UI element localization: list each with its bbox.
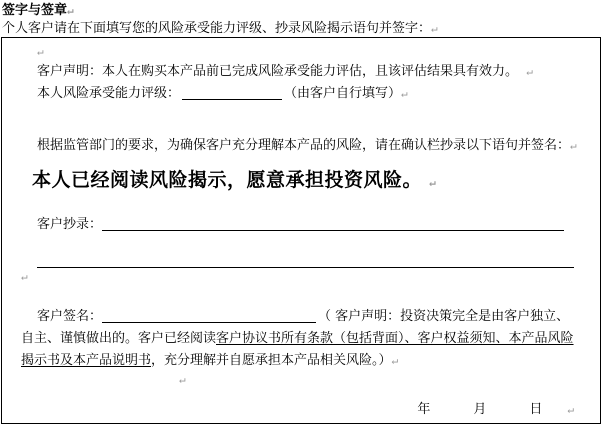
- date-year-label[interactable]: 年: [417, 402, 430, 418]
- intro-row: 个人客户请在下面填写您的风险承受能力评级、抄录风险揭示语句并签字：↵: [0, 20, 602, 38]
- date-day-label[interactable]: 日: [529, 402, 542, 418]
- paragraph-mark-icon: ↵: [37, 45, 44, 58]
- paragraph-mark-icon: ↵: [179, 373, 186, 386]
- paragraph-mark-icon: ↵: [401, 87, 408, 100]
- copy-paragraph-end: ↵: [21, 268, 574, 286]
- rating-label: 本人风险承受能力评级：: [37, 86, 180, 101]
- paragraph-mark-icon: ↵: [431, 22, 438, 35]
- customer-statement-text: 客户声明：本人在购买本产品前已完成风险承受能力评估，且该评估结果具有效力。: [37, 64, 518, 79]
- empty-paragraph: ↵: [21, 43, 574, 61]
- regulator-note-text: 根据监管部门的要求，为确保客户充分理解本产品的风险，请在确认栏抄录以下语句并签名…: [37, 138, 570, 153]
- empty-paragraph: ↵: [21, 372, 574, 388]
- copy-fill-in-blank[interactable]: [102, 218, 564, 231]
- paragraph-mark-icon: ↵: [21, 270, 28, 283]
- section-heading: 签字与签章: [2, 3, 67, 18]
- risk-acknowledgement-statement: 本人已经阅读风险揭示，愿意承担投资风险。 ↵: [21, 165, 574, 198]
- signature-label: 客户签名：: [37, 309, 102, 324]
- date-fields: 年 月 日: [417, 402, 542, 418]
- section-heading-row: 签字与签章↵: [0, 0, 602, 20]
- document-page: 签字与签章↵ 个人客户请在下面填写您的风险承受能力评级、抄录风险揭示语句并签字：…: [0, 0, 602, 38]
- paragraph-mark-icon: ↵: [567, 402, 574, 418]
- paragraph-mark-icon: ↵: [429, 176, 436, 189]
- paragraph-mark-icon: ↵: [67, 4, 74, 17]
- paragraph-mark-icon: ↵: [570, 139, 577, 152]
- signature-paragraph: 客户签名：（ 客户声明：投资决策完全是由客户独立、自主、谨慎做出的。客户已经阅读…: [21, 306, 574, 372]
- rating-fill-in-blank[interactable]: [182, 87, 282, 100]
- regulator-note-line: 根据监管部门的要求，为确保客户充分理解本产品的风险，请在确认栏抄录以下语句并签名…: [21, 135, 574, 157]
- risk-acknowledgement-text: 本人已经阅读风险揭示，愿意承担投资风险。: [32, 169, 422, 191]
- rating-note: （由客户自行填写）: [284, 86, 401, 101]
- signature-fill-in-blank[interactable]: [102, 310, 316, 323]
- spacer: [21, 105, 574, 135]
- copy-label: 客户抄录：: [37, 217, 102, 232]
- customer-copy-line: 客户抄录：: [21, 214, 574, 236]
- intro-text: 个人客户请在下面填写您的风险承受能力评级、抄录风险揭示语句并签字：: [2, 21, 431, 36]
- signature-note-post: ，充分理解并自愿承担本产品相关风险。）: [151, 353, 392, 368]
- date-month-label[interactable]: 月: [473, 402, 486, 418]
- paragraph-mark-icon: ↵: [392, 354, 399, 367]
- copy-fill-in-blank-line2[interactable]: [37, 250, 574, 268]
- paragraph-mark-icon: ↵: [526, 65, 533, 78]
- customer-statement: 客户声明：本人在购买本产品前已完成风险承受能力评估，且该评估结果具有效力。 ↵: [21, 61, 574, 83]
- date-line: 年 月 日 ↵: [21, 402, 574, 418]
- rating-line: 本人风险承受能力评级：（由客户自行填写）↵: [21, 83, 574, 105]
- signature-section-box: ↵ 客户声明：本人在购买本产品前已完成风险承受能力评估，且该评估结果具有效力。 …: [1, 37, 601, 424]
